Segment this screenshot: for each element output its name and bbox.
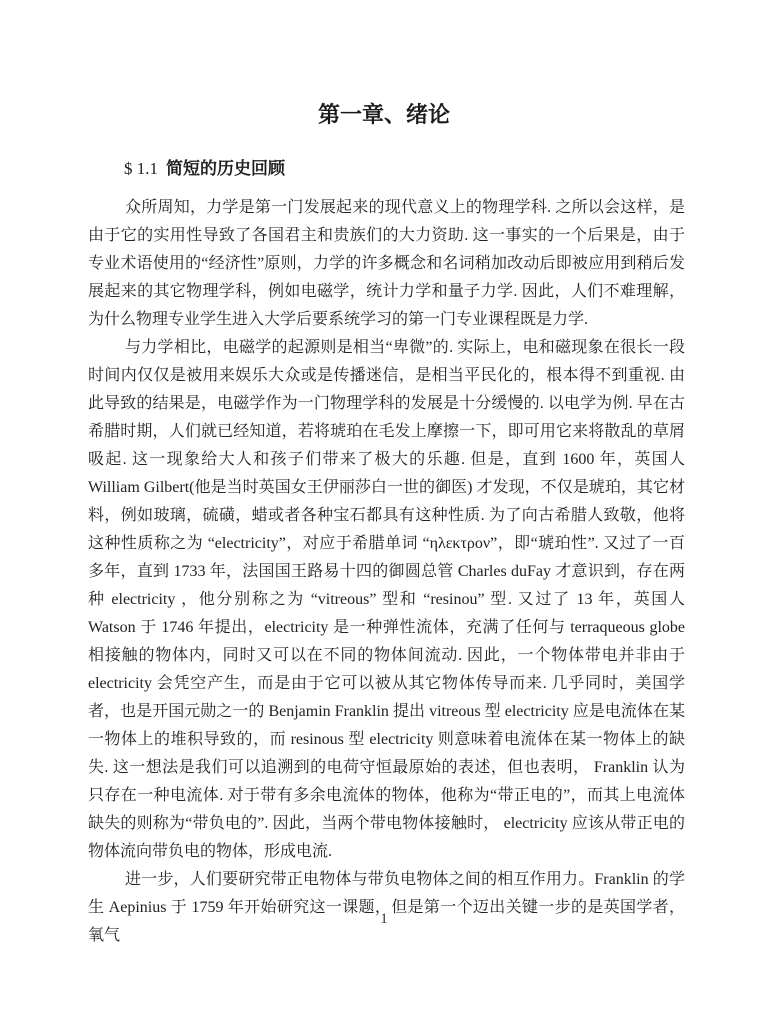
page-number: 1 <box>0 911 768 928</box>
paragraph-electricity-origins: 与力学相比，电磁学的起源则是相当“卑微”的. 实际上，电和磁现象在很长一段时间内… <box>88 334 685 866</box>
section-number: $ 1.1 <box>124 159 158 178</box>
text-block: $ 1.1简短的历史回顾 众所周知，力学是第一门发展起来的现代意义上的物理学科.… <box>0 156 768 950</box>
section-title: 简短的历史回顾 <box>166 159 285 178</box>
document-page: 第一章、绪论 $ 1.1简短的历史回顾 众所周知，力学是第一门发展起来的现代意义… <box>0 0 768 1024</box>
paragraph-charge-interaction: 进一步，人们要研究带正电物体与带负电物体之间的相互作用力。Franklin 的学… <box>88 866 685 950</box>
section-heading: $ 1.1简短的历史回顾 <box>88 156 685 182</box>
chapter-title: 第一章、绪论 <box>0 0 768 132</box>
paragraph-history-mechanics: 众所周知，力学是第一门发展起来的现代意义上的物理学科. 之所以会这样，是由于它的… <box>88 194 685 334</box>
